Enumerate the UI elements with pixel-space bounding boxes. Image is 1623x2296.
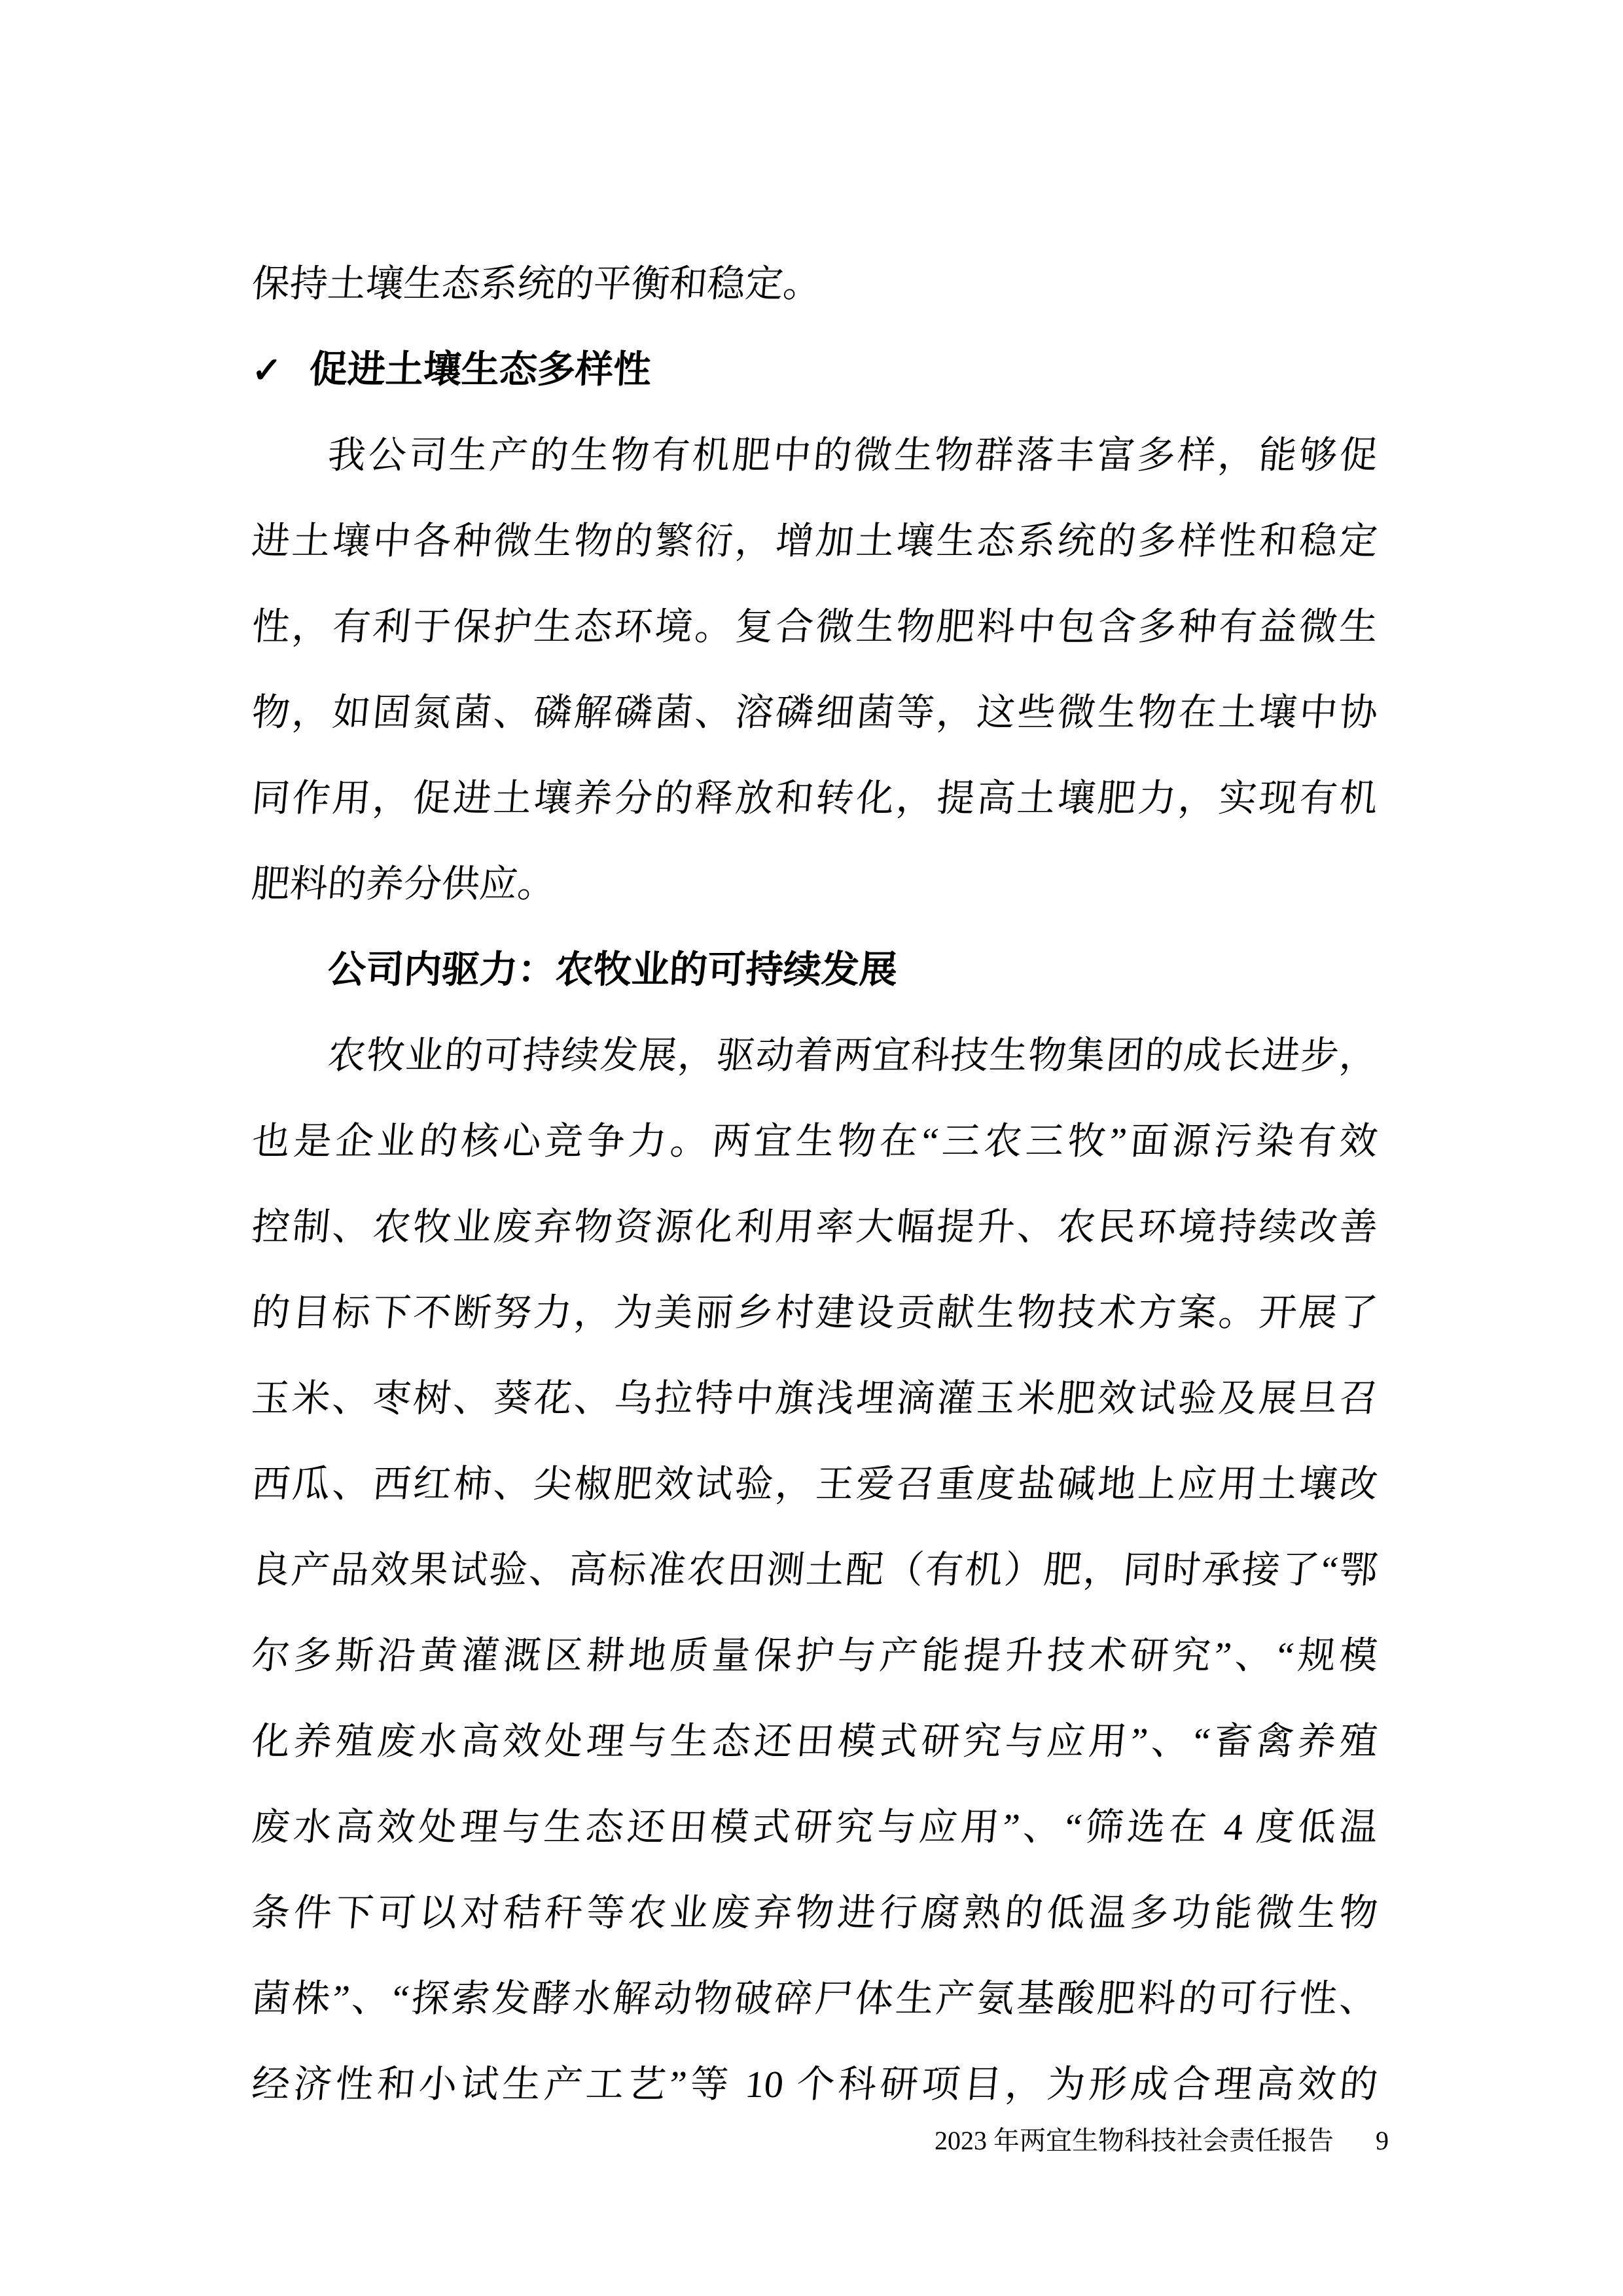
paragraph-line: 菌株”、“探索发酵水解动物破碎尸体生产氨基酸肥料的可行性、: [248, 1956, 1381, 2041]
page-footer: 2023 年两宜生物科技社会责任报告9: [935, 2126, 1389, 2156]
section-heading-driving-force: 公司内驱力：农牧业的可持续发展: [250, 927, 1380, 1013]
paragraph-line: 废水高效处理与生态还田模式研究与应用”、“筛选在 4 度低温: [248, 1784, 1381, 1870]
paragraph-line: 西瓜、西红柿、尖椒肥效试验，王爱召重度盐碱地上应用土壤改: [248, 1441, 1381, 1527]
paragraph-line: 玉米、枣树、葵花、乌拉特中旗浅埋滴灌玉米肥效试验及展旦召: [248, 1355, 1381, 1441]
paragraph-line: 良产品效果试验、高标准农田测土配（有机）肥，同时承接了“鄂: [248, 1527, 1381, 1613]
footer-report-title: 2023 年两宜生物科技社会责任报告: [935, 2126, 1334, 2155]
bullet-heading-text: 促进土壤生态多样性: [308, 348, 652, 391]
paragraph-line: 尔多斯沿黄灌溉区耕地质量保护与产能提升技术研究”、“规模: [248, 1613, 1381, 1698]
footer-page-number: 9: [1376, 2126, 1389, 2156]
paragraph-line: 控制、农牧业废弃物资源化利用率大幅提升、农民环境持续改善: [248, 1184, 1381, 1270]
intro-paragraph-line: 保持土壤生态系统的平衡和稳定。: [248, 241, 1381, 327]
paragraph-line: 经济性和小试生产工艺”等 10 个科研项目，为形成合理高效的: [248, 2041, 1381, 2127]
paragraph-line: 性，有利于保护生态环境。复合微生物肥料中包含多种有益微生: [248, 584, 1381, 670]
checkmark-icon: ✓: [249, 328, 312, 414]
paragraph-line: 也是企业的核心竞争力。两宜生物在“三农三牧”面源污染有效: [248, 1098, 1381, 1184]
paragraph-line: 同作用，促进土壤养分的释放和转化，提高土壤肥力，实现有机: [248, 755, 1381, 841]
page-body: 保持土壤生态系统的平衡和稳定。 ✓促进土壤生态多样性 我公司生产的生物有机肥中的…: [252, 241, 1378, 2127]
paragraph-line: 农牧业的可持续发展，驱动着两宜科技生物集团的成长进步，: [248, 1013, 1381, 1098]
paragraph-line: 肥料的养分供应。: [248, 841, 1381, 927]
paragraph-line: 进土壤中各种微生物的繁衍，增加土壤生态系统的多样性和稳定: [248, 498, 1381, 584]
document-page: 保持土壤生态系统的平衡和稳定。 ✓促进土壤生态多样性 我公司生产的生物有机肥中的…: [0, 0, 1623, 2296]
paragraph-line: 物，如固氮菌、磷解磷菌、溶磷细菌等，这些微生物在土壤中协: [248, 670, 1381, 755]
paragraph-line: 的目标下不断努力，为美丽乡村建设贡献生物技术方案。开展了: [248, 1270, 1381, 1355]
paragraph-line: 条件下可以对秸秆等农业废弃物进行腐熟的低温多功能微生物: [248, 1870, 1381, 1956]
paragraph-line: 我公司生产的生物有机肥中的微生物群落丰富多样，能够促: [248, 412, 1381, 498]
paragraph-line: 化养殖废水高效处理与生态还田模式研究与应用”、“畜禽养殖: [248, 1698, 1381, 1784]
bullet-heading-soil-diversity: ✓促进土壤生态多样性: [250, 327, 1380, 412]
